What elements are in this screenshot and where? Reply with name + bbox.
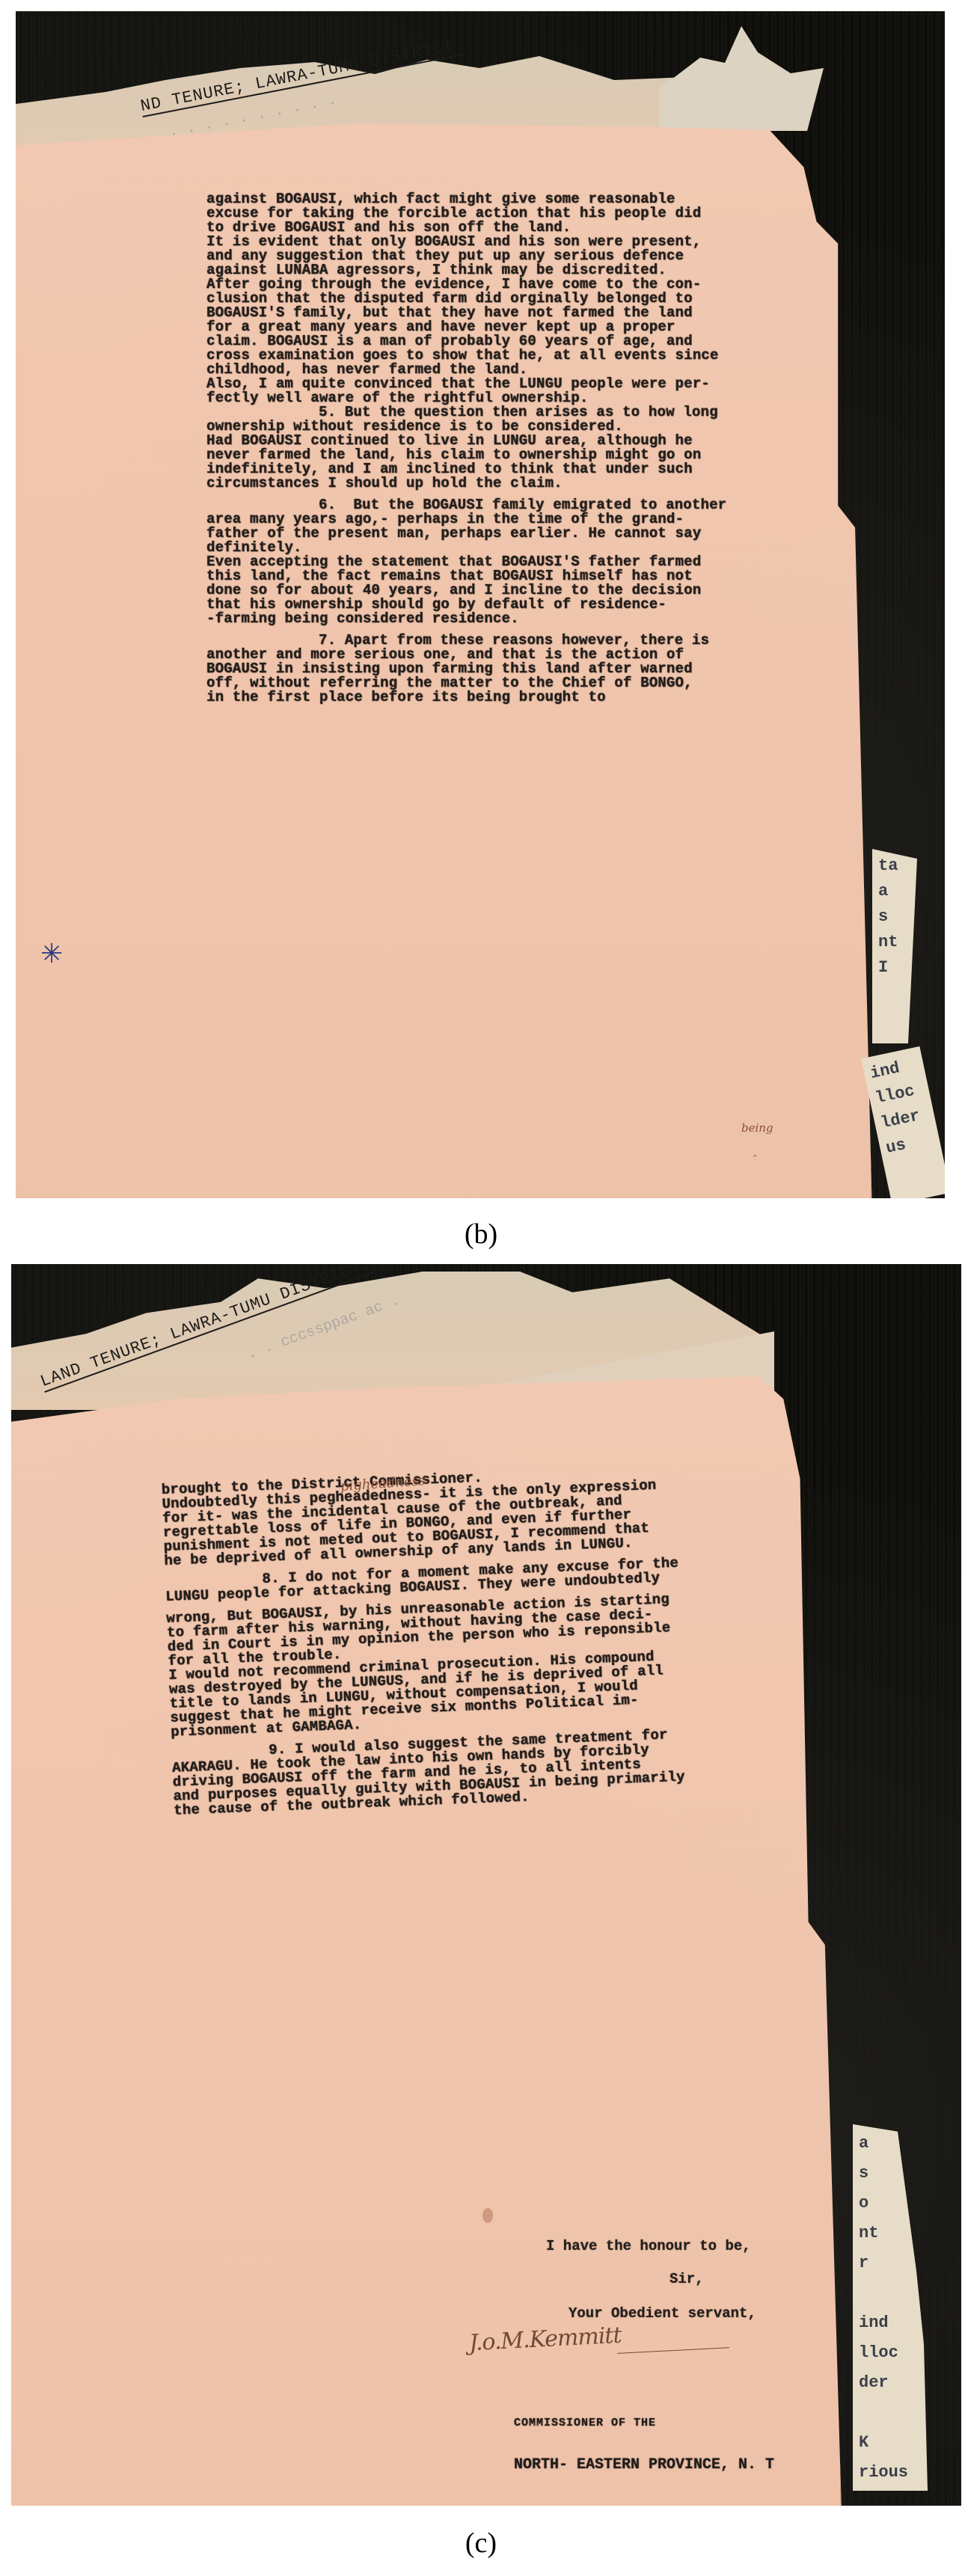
typed-line: claim. BOGAUSI is a man of probably 60 y… <box>206 327 726 341</box>
typed-line: Even accepting the statement that BOGAUS… <box>206 548 726 562</box>
typed-line: done so for about 40 years, and I inclin… <box>206 576 726 590</box>
closing-line-1: I have the honour to be, <box>546 2238 751 2254</box>
typed-line: against LUNABA agressors, I think may be… <box>206 256 726 270</box>
document-photo-c: . . cccssppac ac . LAND TENURE; LAWRA-TU… <box>11 1264 961 2506</box>
side-scrap-lower: ind lloc lder us <box>861 1046 945 1198</box>
side-scrap-upper: ta a s nt I <box>872 849 917 1043</box>
title-line-1: COMMISSIONER OF THE <box>514 2417 774 2429</box>
ink-stain <box>482 2208 493 2223</box>
typed-line: this land, the fact remains that BOGAUSI… <box>206 562 726 576</box>
typed-line: cross examination goes to show that he, … <box>206 341 726 355</box>
typed-line: Had BOGAUSI continued to live in LUNGU a… <box>206 426 726 441</box>
typed-line: for a great many years and have never ke… <box>206 313 726 327</box>
margin-asterisk-mark: ✳ <box>40 941 63 968</box>
typed-line: off, without referring the matter to the… <box>206 669 726 683</box>
typed-line: and any suggestion that they put up any … <box>206 242 726 256</box>
typed-line: Also, I am quite convinced that the LUNG… <box>206 369 726 384</box>
typed-line: clusion that the disputed farm did orgin… <box>206 284 726 298</box>
typed-line: area many years ago,- perhaps in the tim… <box>206 505 726 519</box>
closing-line-3: Your Obedient servant, <box>569 2305 756 2322</box>
typed-line: 7. Apart from these reasons however, the… <box>206 626 726 640</box>
typed-line: never farmed the land, his claim to owne… <box>206 441 726 455</box>
typed-line: After going through the evidence, I have… <box>206 270 726 284</box>
figure-caption-c: (c) <box>0 2527 962 2560</box>
typed-line: father of the present man, perhaps earli… <box>206 519 726 533</box>
typed-line: excuse for taking the forcible action th… <box>206 199 726 213</box>
typed-letter-body-c: brought to the District Commissioner.Und… <box>161 1456 687 1810</box>
typed-line: BOGAUSI in insisting upon farming this l… <box>206 654 726 669</box>
back-sheet-torn-2 <box>659 26 824 131</box>
typed-line: It is evident that only BOGAUSI and his … <box>206 227 726 242</box>
typed-letter-body-b: against BOGAUSI, which fact might give s… <box>206 185 726 697</box>
document-photo-b: . . . . . . . . . . . . ND TENURE; LAWRA… <box>16 11 945 1198</box>
handwritten-insertion-being: being <box>741 1121 773 1135</box>
signatory-title: COMMISSIONER OF THE NORTH- EASTERN PROVI… <box>514 2390 774 2500</box>
insertion-caret: ‸ <box>753 1145 757 1157</box>
figure-caption-b: (b) <box>0 1218 962 1251</box>
typed-line: 6. But the BOGAUSI family emigrated to a… <box>206 491 726 505</box>
side-scrap: a s o nt r ind lloc der K rious ity. <box>853 2124 928 2491</box>
typed-line: against BOGAUSI, which fact might give s… <box>206 185 726 199</box>
typed-line: another and more serious one, and that i… <box>206 640 726 654</box>
typed-line: that his ownership should go by default … <box>206 590 726 604</box>
typed-line: BOGAUSI'S family, but that they have not… <box>206 298 726 313</box>
title-line-2: NORTH- EASTERN PROVINCE, N. T <box>514 2456 774 2474</box>
typed-line: indefinitely, and I am inclined to think… <box>206 455 726 469</box>
